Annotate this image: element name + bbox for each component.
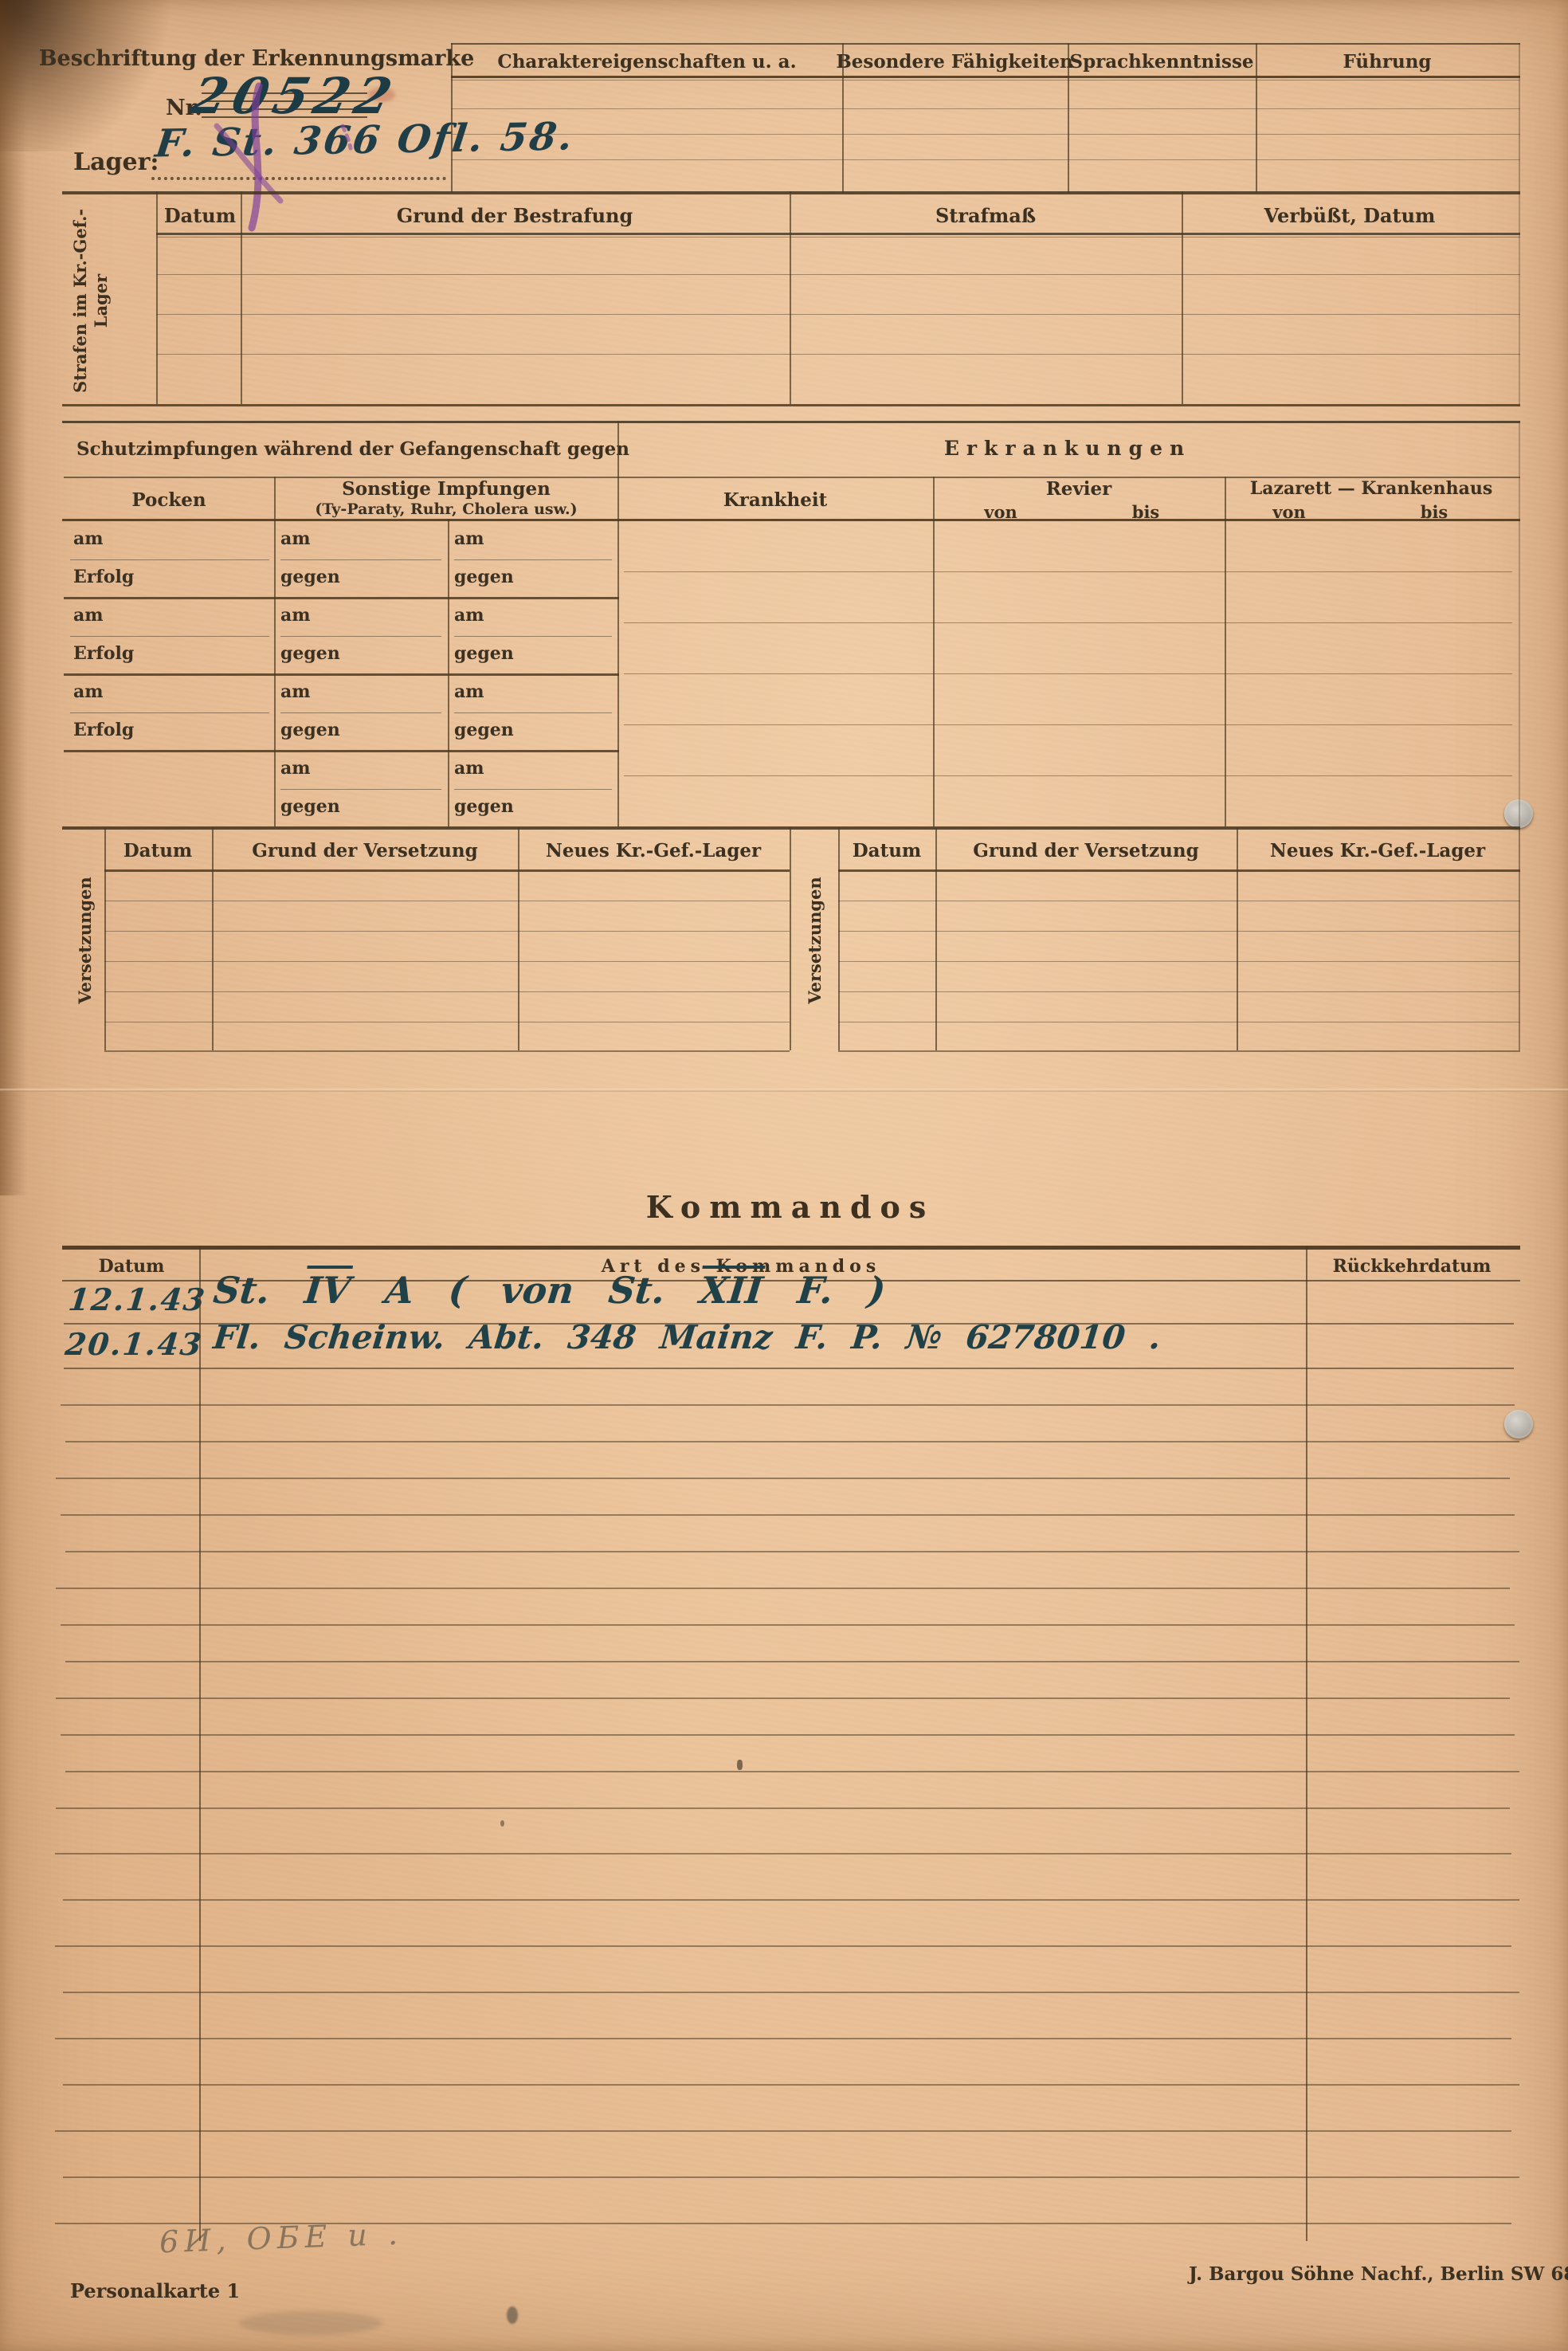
table-vrule	[1182, 191, 1183, 404]
versetzungen-left-label-text: Versetzungen	[75, 877, 95, 1003]
impfung-cell-label: am	[454, 681, 484, 702]
impfung-cell-label: am	[280, 528, 311, 549]
erkrankungen-header: Erkrankungen	[944, 437, 1191, 460]
kommando-art-text: A ( von St.	[348, 1269, 703, 1312]
table-rule	[280, 712, 441, 713]
impfung-cell-label: am	[280, 681, 311, 702]
table-vrule	[1306, 1246, 1307, 2241]
strafen-col-verbuesst: Verbüßt, Datum	[1264, 204, 1436, 227]
table-rule	[62, 519, 1520, 521]
table-rule	[104, 991, 790, 992]
impfung-cell-label: gegen	[454, 796, 514, 817]
table-rule	[62, 404, 1520, 406]
versA-col-datum: Datum	[123, 840, 193, 862]
table-rule	[64, 673, 619, 676]
impfung-cell-label: Erfolg	[73, 720, 134, 740]
table-rule	[454, 712, 612, 713]
kommando-entry-1-art: St. IV A ( von St. XII F. )	[211, 1269, 888, 1312]
table-rule	[62, 421, 1520, 423]
impfung-cell-label: am	[73, 528, 104, 549]
impfung-cell-label: gegen	[280, 796, 340, 817]
impfung-cell-label: Erfolg	[73, 567, 134, 587]
table-rule	[65, 1441, 1519, 1442]
impfung-cell-label: am	[280, 758, 311, 779]
kommando-entry-2-datum: 20.1.43	[64, 1326, 205, 1362]
impfung-cell-label: am	[454, 758, 484, 779]
table-rule	[64, 477, 1520, 478]
table-vrule	[274, 477, 276, 826]
versB-col-grund: Grund der Versetzung	[973, 840, 1198, 862]
table-rule	[56, 1698, 1510, 1699]
table-vrule	[1225, 477, 1226, 826]
table-rule	[838, 901, 1520, 901]
table-rule	[70, 559, 269, 560]
table-rule	[63, 1899, 1519, 1901]
table-vrule	[1237, 828, 1238, 1050]
kommando-entry-1-datum: 12.1.43	[67, 1281, 208, 1317]
kommandos-title: Kommandos	[646, 1189, 935, 1225]
table-vrule	[935, 828, 937, 1050]
punch-hole-bottom	[1504, 1410, 1533, 1438]
table-vrule	[790, 828, 791, 1050]
table-rule	[451, 134, 1520, 135]
table-rule	[104, 1022, 790, 1022]
table-rule	[451, 80, 1520, 80]
versetzungen-right-label: Versetzungen	[805, 830, 825, 1050]
table-vrule	[212, 828, 214, 1050]
form-name: Personalkarte 1	[70, 2279, 240, 2302]
table-rule	[56, 1478, 1510, 1479]
impfung-cell-label: Erfolg	[73, 643, 134, 664]
left-edge-shading	[0, 0, 27, 1195]
table-vrule	[448, 519, 449, 826]
table-rule	[451, 108, 1520, 109]
table-rule	[104, 931, 790, 932]
subcol-sonstige-note: (Ty-Paraty, Ruhr, Cholera usw.)	[315, 500, 577, 518]
table-rule	[104, 901, 790, 901]
table-rule	[838, 869, 1520, 872]
table-vrule	[1519, 43, 1520, 193]
table-rule	[624, 622, 1512, 623]
table-rule	[55, 2038, 1511, 2039]
table-rule	[280, 636, 441, 637]
versetzungen-right-label-text: Versetzungen	[805, 877, 825, 1003]
table-rule	[63, 1992, 1519, 1993]
col-fuehrung: Führung	[1343, 51, 1431, 73]
kommando-art-text: XII	[698, 1269, 765, 1312]
table-rule	[280, 559, 441, 560]
kommandos-col-datum: Datum	[99, 1256, 165, 1277]
kommando-art-text: St.	[211, 1269, 307, 1312]
table-rule	[63, 2176, 1519, 2178]
versA-col-grund: Grund der Versetzung	[252, 840, 477, 862]
personalkarte-document: Beschriftung der Erkennungsmarke Nr. 205…	[0, 0, 1568, 2351]
lager-label: Lager:	[73, 148, 159, 176]
table-vrule	[790, 191, 791, 404]
table-rule	[280, 789, 441, 790]
table-rule	[451, 76, 1520, 78]
table-rule	[62, 191, 1520, 194]
table-rule	[838, 961, 1520, 962]
impfung-cell-label: gegen	[454, 643, 514, 664]
table-rule	[104, 869, 790, 872]
strafen-col-datum: Datum	[164, 204, 236, 227]
subcol-krankheit: Krankheit	[723, 489, 827, 511]
pencil-smudge-bottom	[239, 2311, 382, 2335]
table-rule	[624, 724, 1512, 725]
table-vrule	[518, 828, 519, 1050]
versB-col-datum: Datum	[853, 840, 922, 862]
col-charaktereigenschaften: Charaktereigenschaften u. a.	[497, 51, 796, 73]
impfung-cell-label: am	[73, 605, 104, 626]
dark-corner-stain	[0, 0, 183, 151]
table-vrule	[199, 1246, 201, 2241]
impfung-cell-label: am	[454, 528, 484, 549]
table-vrule	[1519, 191, 1520, 404]
impfung-cell-label: gegen	[280, 643, 340, 664]
impfung-cell-label: gegen	[280, 720, 340, 740]
table-rule	[63, 2084, 1519, 2086]
table-rule	[55, 2223, 1511, 2224]
table-rule	[838, 991, 1520, 992]
table-rule	[64, 1323, 1514, 1325]
table-rule	[55, 2130, 1511, 2132]
strafen-side-label-text: Strafen im Kr.-Gef.-Lager	[70, 209, 111, 393]
printer-imprint: J. Bargou Söhne Nachf., Berlin SW 68	[1189, 2263, 1568, 2285]
impfungen-header: Schutzimpfungen während der Gefangenscha…	[76, 438, 629, 460]
table-rule	[61, 1404, 1515, 1406]
versB-col-neues: Neues Kr.-Gef.-Lager	[1270, 840, 1485, 862]
table-rule	[70, 712, 269, 713]
table-rule	[156, 237, 1520, 237]
ink-speck-1	[737, 1760, 743, 1770]
table-rule	[838, 1022, 1520, 1022]
table-rule	[156, 314, 1520, 315]
table-vrule	[1519, 421, 1520, 826]
table-rule	[451, 43, 1520, 45]
table-rule	[62, 1280, 1520, 1281]
subcol-sonstige: Sonstige Impfungen	[342, 478, 551, 500]
table-rule	[61, 1734, 1515, 1736]
table-vrule	[617, 421, 619, 826]
strafen-col-grund: Grund der Bestrafung	[397, 204, 633, 227]
table-rule	[65, 1661, 1519, 1662]
table-vrule	[842, 43, 844, 193]
table-vrule	[156, 191, 158, 404]
impfung-cell-label: am	[73, 681, 104, 702]
impfung-cell-label: gegen	[454, 567, 514, 587]
table-vrule	[933, 477, 935, 826]
table-rule	[64, 1368, 1514, 1369]
table-rule	[838, 931, 1520, 932]
table-vrule	[838, 828, 840, 1050]
fold-crease	[0, 1089, 1568, 1092]
versetzungen-left-label: Versetzungen	[75, 830, 96, 1050]
subcol-lazarett: Lazarett — Krankenhaus	[1250, 478, 1493, 499]
table-rule	[64, 597, 619, 599]
table-vrule	[451, 43, 453, 193]
table-vrule	[1519, 828, 1520, 1050]
table-rule	[61, 1624, 1515, 1626]
subcol-pocken: Pocken	[131, 489, 206, 511]
kommandos-col-rueckkehr: Rückkehrdatum	[1333, 1256, 1492, 1277]
kommando-art-text: F. )	[760, 1269, 888, 1312]
versA-col-neues: Neues Kr.-Gef.-Lager	[546, 840, 761, 862]
ink-speck-2	[500, 1820, 504, 1827]
table-rule	[70, 636, 269, 637]
table-rule	[55, 1853, 1511, 1855]
subcol-revier: Revier	[1046, 478, 1112, 500]
table-vrule	[241, 191, 242, 404]
table-rule	[56, 1588, 1510, 1589]
impfung-cell-label: gegen	[280, 567, 340, 587]
table-rule	[65, 1551, 1519, 1552]
table-vrule	[104, 828, 106, 1050]
table-rule	[62, 1246, 1520, 1250]
table-rule	[156, 274, 1520, 275]
table-rule	[156, 233, 1520, 235]
table-rule	[624, 775, 1512, 776]
impfung-cell-label: am	[280, 605, 311, 626]
strafen-col-strafmass: Strafmaß	[935, 204, 1036, 227]
table-rule	[838, 1050, 1520, 1052]
table-vrule	[1256, 43, 1257, 193]
table-rule	[156, 354, 1520, 355]
table-rule	[61, 1514, 1515, 1516]
table-rule	[64, 750, 619, 752]
ink-blot-bottom	[507, 2306, 518, 2324]
table-vrule	[1068, 43, 1069, 193]
impfung-cell-label: am	[454, 605, 484, 626]
table-rule	[451, 159, 1520, 160]
table-rule	[454, 789, 612, 790]
table-rule	[624, 571, 1512, 572]
table-rule	[62, 826, 1520, 830]
strafen-side-label: Strafen im Kr.-Gef.-Lager	[70, 199, 112, 402]
table-rule	[55, 1945, 1511, 1947]
table-rule	[65, 1771, 1519, 1772]
col-besondere-faehigkeiten: Besondere Fähigkeiten	[836, 51, 1072, 73]
table-rule	[454, 636, 612, 637]
table-rule	[56, 1807, 1510, 1809]
col-sprachkenntnisse: Sprachkenntnisse	[1069, 51, 1253, 73]
kommando-art-text: IV	[303, 1269, 353, 1312]
table-rule	[624, 673, 1512, 674]
table-rule	[104, 1050, 790, 1052]
impfung-cell-label: gegen	[454, 720, 514, 740]
table-rule	[454, 559, 612, 560]
table-rule	[104, 961, 790, 962]
